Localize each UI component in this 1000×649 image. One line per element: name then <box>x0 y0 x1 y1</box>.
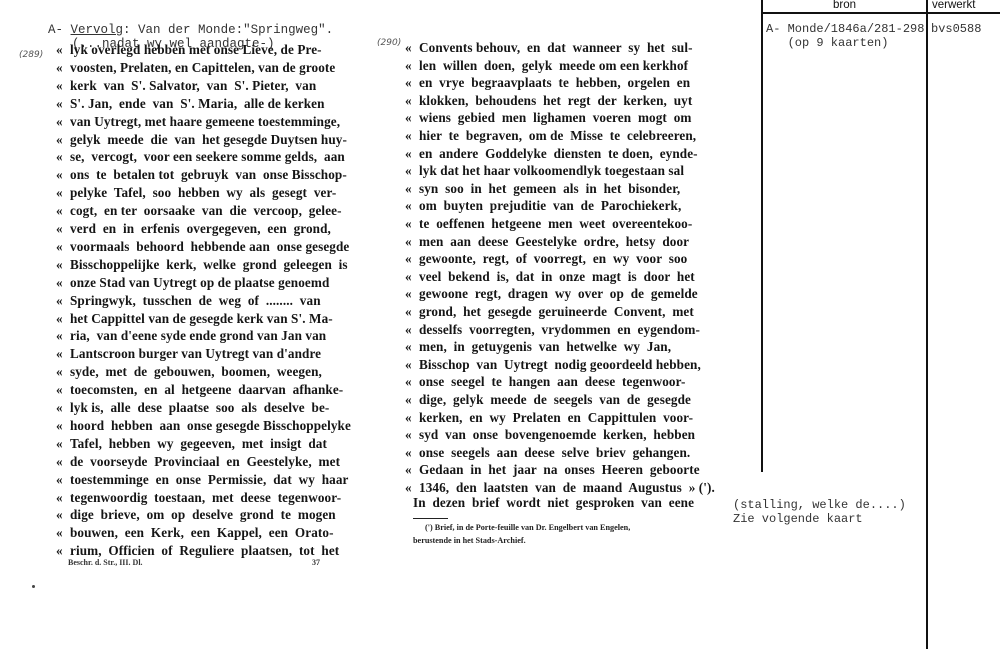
quote-mark: « <box>405 322 419 337</box>
quote-mark: « <box>56 382 70 397</box>
quote-mark: « <box>56 239 70 254</box>
text-line: «se, vercogt, voor een seekere somme gel… <box>56 149 345 164</box>
text-line: «tegenwoordig toestaan, met deese tegenw… <box>56 490 341 505</box>
text-line: «onse seegels aan deese selve briev geha… <box>405 445 690 460</box>
quote-mark: « <box>405 198 419 213</box>
text-line: «men, in getuygenis van hetwelke wy Jan, <box>405 339 671 354</box>
text-line: «verd en in erfenis overgegeven, een gro… <box>56 221 331 236</box>
footnote-line-2: berustende in het Stads-Archief. <box>413 536 526 545</box>
text-line: «klokken, behoudens het regt der kerken,… <box>405 93 692 108</box>
line-text: syn soo in het gemeen als in het bisonde… <box>419 181 680 196</box>
text-line: «voormaals behoord hebbende aan onse ges… <box>56 239 349 254</box>
quote-mark: « <box>56 543 70 558</box>
line-text: Tafel, hebben wy gegeeven, met insigt da… <box>70 436 327 451</box>
quote-mark: « <box>56 167 70 182</box>
text-line: «en andere Goddelyke diensten te doen, e… <box>405 146 698 161</box>
line-text: tegenwoordig toestaan, met deese tegenwo… <box>70 490 341 505</box>
text-line: «Convents behouv, en dat wanneer sy het … <box>405 40 693 55</box>
text-line: «syd van onse bovengenoemde kerken, hebb… <box>405 427 695 442</box>
quote-mark: « <box>56 454 70 469</box>
text-line: «onze Stad van Uytregt op de plaatse gen… <box>56 275 329 290</box>
text-line: «ria, van d'eene syde ende grond van Jan… <box>56 328 326 343</box>
line-text: men, in getuygenis van hetwelke wy Jan, <box>419 339 671 354</box>
text-line: «gelyk meede die van het gesegde Duytsen… <box>56 132 347 147</box>
text-line: «syde, met de gebouwen, boomen, weegen, <box>56 364 322 379</box>
text-line: «onse seegel te hangen aan deese tegenwo… <box>405 374 686 389</box>
text-line: «pelyke Tafel, soo hebben wy als gesegt … <box>56 185 336 200</box>
text-line: «het Cappittel van de gesegde kerk van S… <box>56 311 333 326</box>
quote-mark: « <box>56 472 70 487</box>
line-text: pelyke Tafel, soo hebben wy als gesegt v… <box>70 185 336 200</box>
quote-mark: « <box>405 163 419 178</box>
line-text: ons te betalen tot gebruyk van onse Biss… <box>70 167 347 182</box>
quote-mark: « <box>405 445 419 460</box>
text-line: «lyk is, alle dese plaatse soo als desel… <box>56 400 329 415</box>
line-text: Bisschop van Uytregt nodig geoordeeld he… <box>419 357 701 372</box>
line-text: van Uytregt, met haare gemeene toestemmi… <box>70 114 340 129</box>
line-text: gewoonte, regt, of voorregt, en wy voor … <box>419 251 687 266</box>
text-line: «gewoone regt, dragen wy over op de geme… <box>405 286 698 301</box>
quote-mark: « <box>56 418 70 433</box>
line-text: ria, van d'eene syde ende grond van Jan … <box>70 328 326 343</box>
line-text: om buyten prejuditie van de Parochiekerk… <box>419 198 681 213</box>
text-line: «kerken, en wy Prelaten en Cappittulen v… <box>405 410 693 425</box>
line-text: lyk is, alle dese plaatse soo als deselv… <box>70 400 329 415</box>
line-text: S'. Jan, ende van S'. Maria, alle de ker… <box>70 96 325 111</box>
text-line: «gewoonte, regt, of voorregt, en wy voor… <box>405 251 687 266</box>
quote-mark: « <box>405 392 419 407</box>
quote-mark: « <box>405 410 419 425</box>
quote-mark: « <box>405 234 419 249</box>
quote-mark: « <box>405 40 419 55</box>
text-line: «lyk overlegd hebben met onse Lieve, de … <box>56 42 322 57</box>
line-text: veel bekend is, dat in onze magt is door… <box>419 269 695 284</box>
line-text: Gedaan in het jaar na onses Heeren geboo… <box>419 462 700 477</box>
text-line: «rium, Officien of Reguliere plaatsen, t… <box>56 543 339 558</box>
line-text: gelyk meede die van het gesegde Duytsen … <box>70 132 347 147</box>
quote-mark: « <box>405 93 419 108</box>
line-text: de voorseyde Provinciaal en Geestelyke, … <box>70 454 340 469</box>
quote-mark: « <box>56 149 70 164</box>
text-line: «1346, den laatsten van de maand Augustu… <box>405 480 715 495</box>
line-text: het Cappittel van de gesegde kerk van S'… <box>70 311 333 326</box>
text-line: «dige brieve, om op deselve grond te mog… <box>56 507 336 522</box>
text-line: «lyk dat het haar volkoomendlyk toegesta… <box>405 163 684 178</box>
line-text: Bisschoppelijke kerk, welke grond geleeg… <box>70 257 348 272</box>
line-text: voosten, Prelaten, en Capittelen, van de… <box>70 60 335 75</box>
quote-mark: « <box>405 286 419 301</box>
text-line: «Lantscroon burger van Uytregt van d'and… <box>56 346 321 361</box>
line-text: voormaals behoord hebbende aan onse gese… <box>70 239 349 254</box>
right-page-number-note: (290) <box>377 38 401 48</box>
quote-mark: « <box>56 311 70 326</box>
quote-mark: « <box>56 275 70 290</box>
text-line: «kerk van S'. Salvator, van S'. Pieter, … <box>56 78 316 93</box>
quote-mark: « <box>405 181 419 196</box>
line-text: kerken, en wy Prelaten en Cappittulen vo… <box>419 410 693 425</box>
line-text: lyk dat het haar volkoomendlyk toegestaa… <box>419 163 684 178</box>
left-page-number-note: (289) <box>19 50 43 60</box>
line-text: se, vercogt, voor een seekere somme geld… <box>70 149 345 164</box>
line-text: onze Stad van Uytregt op de plaatse geno… <box>70 275 329 290</box>
text-line: «men aan deese Geestelyke ordre, hetsy d… <box>405 234 689 249</box>
line-text: bouwen, een Kerk, een Kappel, een Orato- <box>70 525 334 540</box>
text-line: «dige, gelyk meede de seegels van de ges… <box>405 392 691 407</box>
line-text: dige brieve, om op deselve grond te moge… <box>70 507 336 522</box>
text-line: «wiens gebied men lighamen voeren mogt o… <box>405 110 691 125</box>
text-line: «syn soo in het gemeen als in het bisond… <box>405 181 680 196</box>
quote-mark: « <box>405 462 419 477</box>
quote-mark: « <box>405 216 419 231</box>
line-text: 1346, den laatsten van de maand Augustus… <box>419 480 715 495</box>
continuation-line: In dezen brief wordt niet gesproken van … <box>413 495 694 510</box>
quote-mark: « <box>405 75 419 90</box>
text-line: «voosten, Prelaten, en Capittelen, van d… <box>56 60 335 75</box>
column-header-bron: bron <box>833 0 856 11</box>
line-text: len willen doen, gelyk meede om een kerk… <box>419 58 688 73</box>
quote-mark: « <box>56 525 70 540</box>
text-line: «Tafel, hebben wy gegeeven, met insigt d… <box>56 436 327 451</box>
text-line: «toecomsten, en al hetgeene daarvan afha… <box>56 382 343 397</box>
quote-mark: « <box>405 269 419 284</box>
quote-mark: « <box>56 132 70 147</box>
quote-mark: « <box>405 251 419 266</box>
bron-cell-line-1: A- Monde/1846a/281-298 <box>766 22 924 36</box>
quote-mark: « <box>56 346 70 361</box>
line-text: te oeffenen hetgeene men weet overeentek… <box>419 216 692 231</box>
text-line: «cogt, en ter oorsaake van die vercoop, … <box>56 203 342 218</box>
text-line: «hier te begraven, om de Misse te celebr… <box>405 128 696 143</box>
text-line: «en vrye begraavplaats te hebben, orgele… <box>405 75 690 90</box>
text-line: «om buyten prejuditie van de Parochieker… <box>405 198 681 213</box>
quote-mark: « <box>56 293 70 308</box>
line-text: cogt, en ter oorsaake van die vercoop, g… <box>70 203 342 218</box>
line-text: grond, het gesegde geruineerde Convent, … <box>419 304 694 319</box>
line-text: en andere Goddelyke diensten te doen, ey… <box>419 146 698 161</box>
text-line: «Bisschop van Uytregt nodig geoordeeld h… <box>405 357 701 372</box>
quote-mark: « <box>56 96 70 111</box>
quote-mark: « <box>405 374 419 389</box>
quote-mark: « <box>56 60 70 75</box>
line-text: syd van onse bovengenoemde kerken, hebbe… <box>419 427 695 442</box>
quote-mark: « <box>56 400 70 415</box>
quote-mark: « <box>56 490 70 505</box>
text-line: «de voorseyde Provinciaal en Geestelyke,… <box>56 454 340 469</box>
line-text: kerk van S'. Salvator, van S'. Pieter, v… <box>70 78 316 93</box>
text-line: «te oeffenen hetgeene men weet overeente… <box>405 216 692 231</box>
text-line: «S'. Jan, ende van S'. Maria, alle de ke… <box>56 96 325 111</box>
page-footer-source: Beschr. d. Str., III. Dl. <box>68 558 143 567</box>
verwerkt-cell: bvs0588 <box>931 22 981 36</box>
quote-mark: « <box>56 328 70 343</box>
text-line: «bouwen, een Kerk, een Kappel, een Orato… <box>56 525 334 540</box>
line-text: men aan deese Geestelyke ordre, hetsy do… <box>419 234 689 249</box>
text-line: «Springwyk, tusschen de weg of ........ … <box>56 293 321 308</box>
line-text: toestemminge en onse Permissie, dat wy h… <box>70 472 349 487</box>
quote-mark: « <box>56 507 70 522</box>
line-text: Convents behouv, en dat wanneer sy het s… <box>419 40 693 55</box>
line-text: syde, met de gebouwen, boomen, weegen, <box>70 364 322 379</box>
quote-mark: « <box>405 427 419 442</box>
quote-mark: « <box>56 364 70 379</box>
quote-mark: « <box>56 78 70 93</box>
quote-mark: « <box>405 58 419 73</box>
bron-cell-line-2: (op 9 kaarten) <box>766 36 888 50</box>
quote-mark: « <box>56 42 70 57</box>
page-footer-number: 37 <box>312 558 320 567</box>
line-text: hier te begraven, om de Misse te celebre… <box>419 128 696 143</box>
quote-mark: « <box>56 436 70 451</box>
quote-mark: « <box>56 203 70 218</box>
line-text: onse seegel te hangen aan deese tegenwoo… <box>419 374 686 389</box>
text-line: «van Uytregt, met haare gemeene toestemm… <box>56 114 340 129</box>
quote-mark: « <box>405 480 419 495</box>
quote-mark: « <box>405 110 419 125</box>
line-text: en vrye begraavplaats te hebben, orgelen… <box>419 75 690 90</box>
line-text: hoord hebben aan onse gesegde Bisschoppe… <box>70 418 351 433</box>
table-column-divider <box>926 0 928 649</box>
line-text: lyk overlegd hebben met onse Lieve, de P… <box>70 42 322 57</box>
text-line: «Gedaan in het jaar na onses Heeren gebo… <box>405 462 700 477</box>
quote-mark: « <box>405 357 419 372</box>
quote-mark: « <box>405 146 419 161</box>
column-header-verwerkt: verwerkt <box>932 0 975 11</box>
text-line: «ons te betalen tot gebruyk van onse Bis… <box>56 167 347 182</box>
bottom-note-line-2: Zie volgende kaart <box>733 512 863 526</box>
line-text: Springwyk, tusschen de weg of ........ v… <box>70 293 321 308</box>
line-text: Lantscroon burger van Uytregt van d'andr… <box>70 346 321 361</box>
line-text: onse seegels aan deese selve briev gehan… <box>419 445 690 460</box>
bottom-note-line-1: (stalling, welke de....) <box>733 498 906 512</box>
quote-mark: « <box>405 128 419 143</box>
text-line: «desselfs voorregten, vrydommen en eygen… <box>405 322 700 337</box>
table-header-rule <box>761 12 1000 14</box>
line-text: toecomsten, en al hetgeene daarvan afhan… <box>70 382 343 397</box>
quote-mark: « <box>56 185 70 200</box>
text-line: «len willen doen, gelyk meede om een ker… <box>405 58 688 73</box>
line-text: verd en in erfenis overgegeven, een gron… <box>70 221 331 236</box>
line-text: wiens gebied men lighamen voeren mogt om <box>419 110 691 125</box>
quote-mark: « <box>405 339 419 354</box>
text-line: «Bisschoppelijke kerk, welke grond gelee… <box>56 257 348 272</box>
line-text: dige, gelyk meede de seegels van de gese… <box>419 392 691 407</box>
line-text: klokken, behoudens het regt der kerken, … <box>419 93 692 108</box>
line-text: rium, Officien of Reguliere plaatsen, to… <box>70 543 339 558</box>
table-left-border <box>761 0 763 472</box>
quote-mark: « <box>405 304 419 319</box>
line-text: gewoone regt, dragen wy over op de gemel… <box>419 286 698 301</box>
stray-dot <box>32 585 35 588</box>
footnote-line-1: (') Brief, in de Porte-feuille van Dr. E… <box>425 523 630 532</box>
footnote-rule <box>413 518 448 519</box>
quote-mark: « <box>56 114 70 129</box>
line-text: desselfs voorregten, vrydommen en eygend… <box>419 322 700 337</box>
text-line: «grond, het gesegde geruineerde Convent,… <box>405 304 694 319</box>
quote-mark: « <box>56 221 70 236</box>
text-line: «veel bekend is, dat in onze magt is doo… <box>405 269 695 284</box>
text-line: «toestemminge en onse Permissie, dat wy … <box>56 472 349 487</box>
quote-mark: « <box>56 257 70 272</box>
text-line: «hoord hebben aan onse gesegde Bisschopp… <box>56 418 351 433</box>
